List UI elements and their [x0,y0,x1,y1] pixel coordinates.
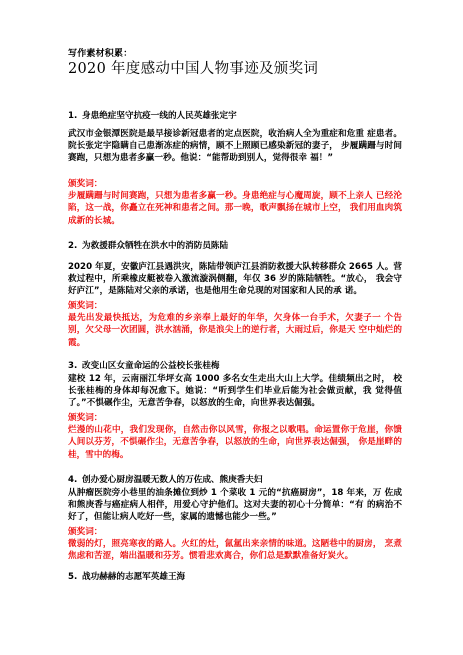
award-label: 颁奖词： [68,178,402,190]
section-number: 1. [68,110,82,122]
section-heading-text: 创办爱心厨房温暖无数人的万佐成、熊庚香夫妇 [82,475,262,485]
award-text: 微弱的灯，照亮寒夜的路人。火红的灶，氤氲出来亲情的味道。这陋巷中的厨房， 烹煮焦… [68,538,402,562]
award-text: 烂漫的山花中，我们发现你，自然击你以风雪，你报之以歌唱。命运置你于危崖，你馈人间… [68,424,402,461]
document-kicker: 写作素材积累： [68,48,402,60]
section-number: 4. [68,474,82,486]
section-3-story: 建校 12 年，云南丽江华坪女高 1000 多名女生走出大山上大学。佳绩频出之时… [68,373,402,410]
section-5-heading: 5.战功赫赫的志愿军英雄王海 [68,571,402,583]
document-title: 2020 年度感动中国人物事迹及颁奖词 [68,60,402,78]
section-1-story: 武汉市金银潭医院是最早接诊新冠患者的定点医院，收治病人全为重症和危重 症患者。院… [68,128,402,165]
award-label: 颁奖词： [68,526,402,538]
section-heading-text: 为救援群众牺牲在洪水中的消防员陈陆 [82,241,228,251]
section-3-award: 颁奖词： 烂漫的山花中，我们发现你，自然击你以风雪，你报之以歌唱。命运置你于危崖… [68,412,402,461]
section-3-heading: 3.改变山区女童命运的公益校长张桂梅 [68,360,402,372]
section-2-award: 颁奖词： 最先出发最快抵达，为危难的乡亲奉上最好的年华，欠身体一台手术，欠妻子一… [68,300,402,349]
section-heading-text: 改变山区女童命运的公益校长张桂梅 [82,361,220,371]
section-4-heading: 4.创办爱心厨房温暖无数人的万佐成、熊庚香夫妇 [68,474,402,486]
section-number: 2. [68,240,82,252]
section-2-story: 2020 年夏，安徽庐江县遇洪灾，陈陆带领庐江县消防救援大队转移群众 2665 … [68,261,402,298]
section-1-heading: 1.身患绝症坚守抗疫一线的人民英雄张定宇 [68,110,402,122]
award-text: 最先出发最快抵达，为危难的乡亲奉上最好的年华，欠身体一台手术，欠妻子一 个告别，… [68,312,402,349]
award-label: 颁奖词： [68,412,402,424]
section-1-award: 颁奖词： 步履蹒跚与时间赛跑，只想为患者多赢一秒。身患绝症与心魔周旋，顾不上亲人… [68,178,402,227]
section-number: 5. [68,571,82,583]
section-heading-text: 战功赫赫的志愿军英雄王海 [82,572,185,582]
section-4-award: 颁奖词： 微弱的灯，照亮寒夜的路人。火红的灶，氤氲出来亲情的味道。这陋巷中的厨房… [68,526,402,563]
award-text: 步履蹒跚与时间赛跑，只想为患者多赢一秒。身患绝症与心魔周旋，顾不上亲人 已经沦陷… [68,190,402,227]
award-label: 颁奖词： [68,300,402,312]
document-page: 写作素材积累： 2020 年度感动中国人物事迹及颁奖词 1.身患绝症坚守抗疫一线… [0,0,463,655]
section-number: 3. [68,360,82,372]
section-heading-text: 身患绝症坚守抗疫一线的人民英雄张定宇 [82,111,237,121]
section-2-heading: 2.为救援群众牺牲在洪水中的消防员陈陆 [68,240,402,252]
section-4-story: 从肿瘤医院旁小巷里的油条摊位到炒 1 个菜收 1 元的“抗癌厨房”，18 年来，… [68,487,402,524]
